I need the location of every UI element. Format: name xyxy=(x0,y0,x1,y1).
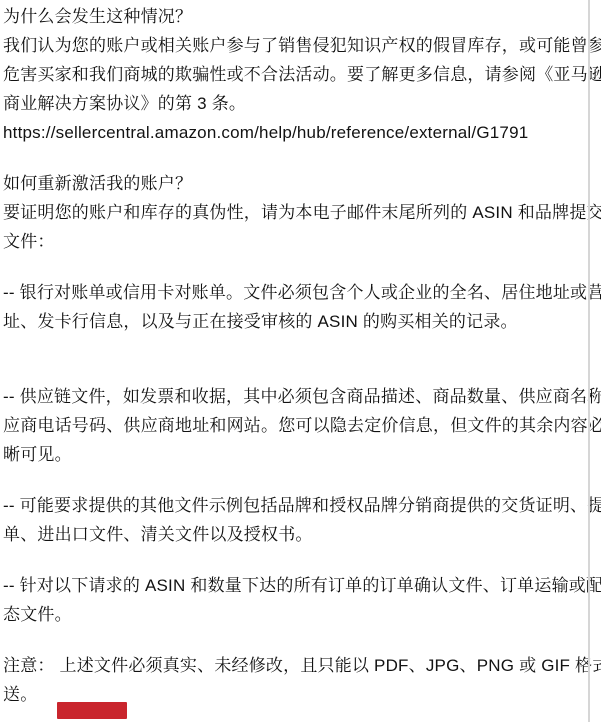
document-text: 为什么会发生这种情况？ 我们认为您的账户或相关账户参与了销售侵犯知识产权的假冒库… xyxy=(3,2,586,709)
text-line: -- 可能要求提供的其他文件示例包括品牌和授权品牌分销商提供的交货证明、提货 xyxy=(3,491,586,520)
text-line: -- 银行对账单或信用卡对账单。文件必须包含个人或企业的全名、居住地址或营业地 xyxy=(3,278,586,307)
heading-why-question: 为什么会发生这种情况？ xyxy=(3,2,586,31)
email-body: { "colors": { "background": "#ffffff", "… xyxy=(0,0,601,722)
heading-reactivate-question: 如何重新激活我的账户？ xyxy=(3,169,586,198)
text-line: -- 供应链文件，如发票和收据，其中必须包含商品描述、商品数量、供应商名称、供 xyxy=(3,382,586,411)
text-line: 注意： 上述文件必须真实、未经修改，且只能以 PDF、JPG、PNG 或 GIF… xyxy=(3,651,586,680)
text-line: 要证明您的账户和库存的真伪性，请为本电子邮件末尾所列的 ASIN 和品牌提交以下 xyxy=(3,198,586,227)
paragraph-supply-chain: -- 供应链文件，如发票和收据，其中必须包含商品描述、商品数量、供应商名称、供 … xyxy=(3,382,586,469)
text-line: 应商电话号码、供应商地址和网站。您可以隐去定价信息，但文件的其余内容必须清 xyxy=(3,411,586,440)
text-line: 址、发卡行信息，以及与正在接受审核的 ASIN 的购买相关的记录。 xyxy=(3,307,586,336)
help-url-text[interactable]: https://sellercentral.amazon.com/help/hu… xyxy=(3,118,586,147)
text-line: 商业解决方案协议》的第 3 条。 xyxy=(3,89,586,118)
paragraph-why-happened: 为什么会发生这种情况？ 我们认为您的账户或相关账户参与了销售侵犯知识产权的假冒库… xyxy=(3,2,586,147)
text-line: -- 针对以下请求的 ASIN 和数量下达的所有订单的订单确认文件、订单运输或配… xyxy=(3,571,586,600)
text-line: 态文件。 xyxy=(3,600,586,629)
paragraph-bank-statements: -- 银行对账单或信用卡对账单。文件必须包含个人或企业的全名、居住地址或营业地 … xyxy=(3,278,586,336)
redaction-box xyxy=(57,702,127,719)
text-line: 我们认为您的账户或相关账户参与了销售侵犯知识产权的假冒库存，或可能曾参与过 xyxy=(3,31,586,60)
right-border-line xyxy=(588,0,590,722)
paragraph-note-formats: 注意： 上述文件必须真实、未经修改，且只能以 PDF、JPG、PNG 或 GIF… xyxy=(3,651,586,709)
text-line: 危害买家和我们商城的欺骗性或不合法活动。要了解更多信息，请参阅《亚马逊服务 xyxy=(3,60,586,89)
text-line: 文件： xyxy=(3,227,586,256)
paragraph-order-confirmations: -- 针对以下请求的 ASIN 和数量下达的所有订单的订单确认文件、订单运输或配… xyxy=(3,571,586,629)
text-line: 单、进出口文件、清关文件以及授权书。 xyxy=(3,520,586,549)
text-line: 晰可见。 xyxy=(3,440,586,469)
paragraph-other-documents: -- 可能要求提供的其他文件示例包括品牌和授权品牌分销商提供的交货证明、提货 单… xyxy=(3,491,586,549)
paragraph-how-reactivate: 如何重新激活我的账户？ 要证明您的账户和库存的真伪性，请为本电子邮件末尾所列的 … xyxy=(3,169,586,256)
